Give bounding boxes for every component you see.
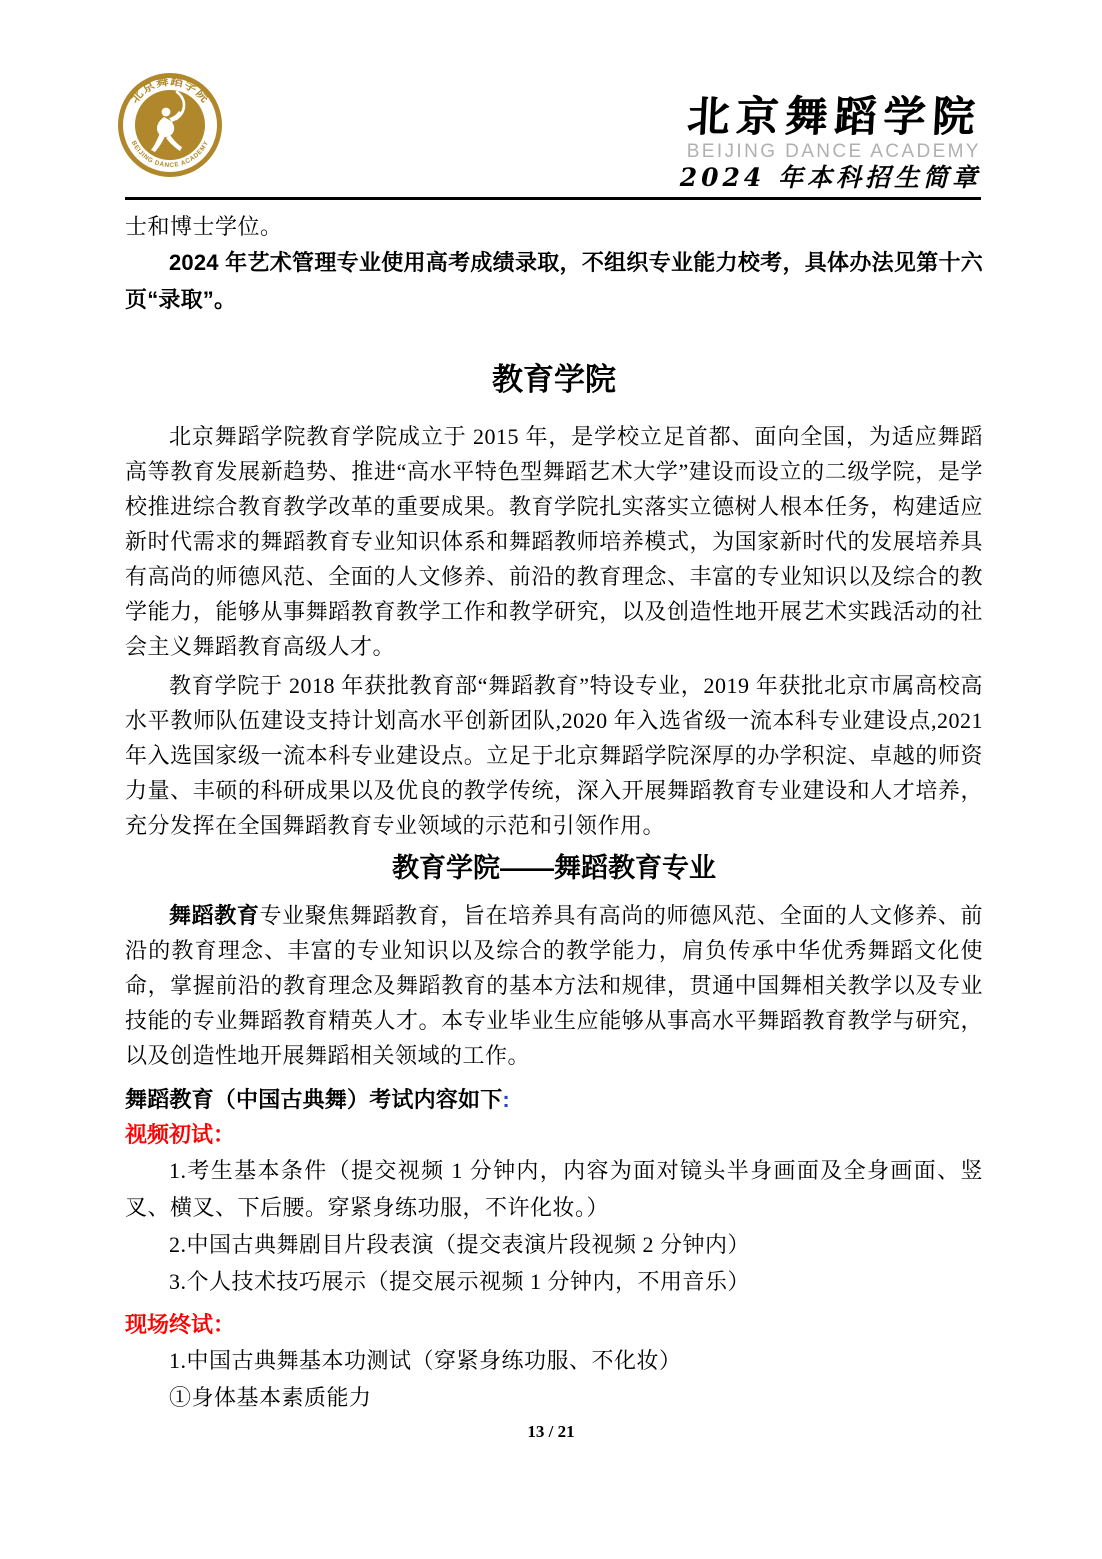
header-title-cn: 北京舞蹈学院: [679, 96, 982, 138]
header-divider: [125, 197, 981, 200]
final-round-label: 现场终试：: [125, 1307, 983, 1342]
header-subtitle: 2024 年本科招生简章: [680, 165, 981, 190]
exam-content-heading-colon: :: [502, 1087, 510, 1112]
education-school-paragraph-1: 北京舞蹈学院教育学院成立于 2015 年，是学校立足首都、面向全国，为适应舞蹈高…: [125, 419, 983, 664]
final-round-item-1: 1.中国古典舞基本功测试（穿紧身练功服、不化妆）: [125, 1342, 983, 1379]
carryover-text: 士和博士学位。: [125, 209, 983, 244]
first-round-item-2: 2.中国古典舞剧目片段表演（提交表演片段视频 2 分钟内）: [125, 1226, 983, 1263]
first-round-item-1: 1.考生基本条件（提交视频 1 分钟内，内容为面对镜头半身画面及全身画面、竖叉、…: [125, 1152, 983, 1226]
education-school-paragraph-2: 教育学院于 2018 年获批教育部“舞蹈教育”特设专业，2019 年获批北京市属…: [125, 668, 983, 843]
seal-icon: 北京舞蹈学院 BEIJING DANCE ACADEMY: [117, 72, 223, 178]
page-content: 士和博士学位。 2024 年艺术管理专业使用高考成绩录取，不组织专业能力校考，具…: [125, 209, 983, 1416]
major-name-emphasis: 舞蹈教育: [169, 903, 259, 928]
exam-content-heading: 舞蹈教育（中国古典舞）考试内容如下:: [125, 1082, 983, 1117]
section-title-dance-education-major: 教育学院——舞蹈教育专业: [125, 850, 983, 886]
first-round-label: 视频初试：: [125, 1117, 983, 1152]
notice-paragraph: 2024 年艺术管理专业使用高考成绩录取，不组织专业能力校考，具体办法见第十六页…: [125, 244, 983, 318]
header-title-block: 北京舞蹈学院 BEIJING DANCE ACADEMY 2024 年本科招生简…: [680, 96, 981, 190]
document-page: 北京舞蹈学院 BEIJING DANCE ACADEMY 北京舞蹈学院 BEIJ…: [0, 0, 1102, 1559]
first-round-item-3: 3.个人技术技巧展示（提交展示视频 1 分钟内，不用音乐）: [125, 1263, 983, 1300]
exam-content-heading-text: 舞蹈教育（中国古典舞）考试内容如下: [125, 1087, 502, 1112]
dance-education-paragraph: 舞蹈教育专业聚焦舞蹈教育，旨在培养具有高尚的师德风范、全面的人文修养、前沿的教育…: [125, 898, 983, 1073]
section-title-education-school: 教育学院: [125, 360, 983, 400]
final-round-item-2: ①身体基本素质能力: [125, 1379, 983, 1416]
page-number: 13 / 21: [0, 1422, 1102, 1442]
academy-seal-logo: 北京舞蹈学院 BEIJING DANCE ACADEMY: [117, 72, 223, 178]
header-title-en: BEIJING DANCE ACADEMY: [680, 142, 981, 161]
